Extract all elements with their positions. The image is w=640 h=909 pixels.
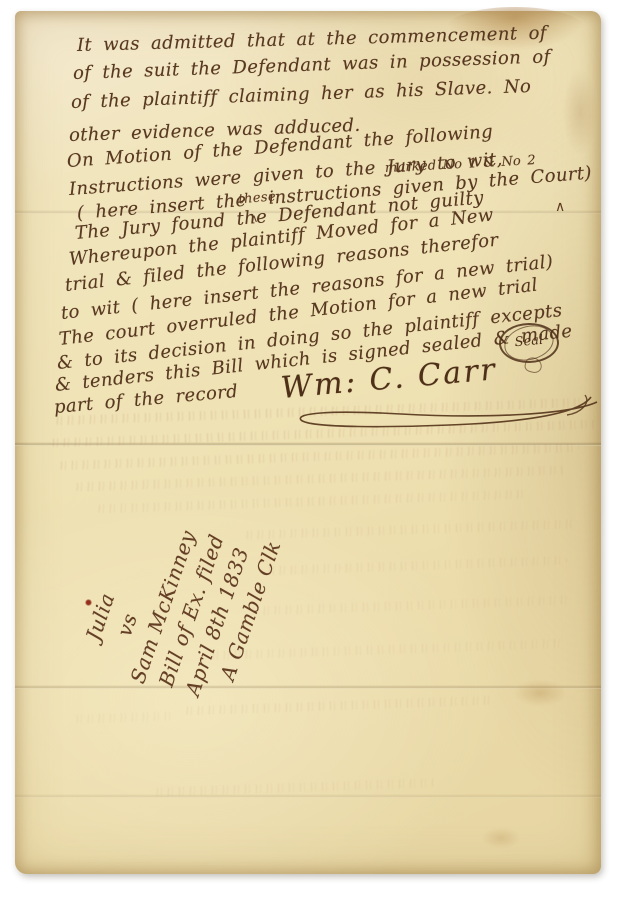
stain xyxy=(563,69,597,155)
seal: Seal xyxy=(497,320,560,365)
stain xyxy=(481,827,521,849)
manuscript-page: It was admitted that at the commencement… xyxy=(15,11,601,874)
bleed-through-line xyxy=(251,595,571,615)
photo-background: It was admitted that at the commencement… xyxy=(0,0,640,909)
fold-crease xyxy=(15,794,601,798)
endorsement-block: Julia vs Sam McKinney Bill of Ex. filed … xyxy=(68,431,312,723)
interlineation-wrap: ∧these xyxy=(247,204,263,205)
fold-crease xyxy=(15,685,601,689)
bleed-through-line xyxy=(75,711,175,723)
bleed-through-line xyxy=(155,778,435,797)
stain xyxy=(513,679,567,707)
inserted-word: these xyxy=(238,189,277,207)
bleed-through-line xyxy=(51,419,596,447)
caret-icon: ∧ xyxy=(555,199,565,215)
fold-crease xyxy=(15,442,601,446)
bleed-through-line xyxy=(211,639,561,660)
bleed-through-line xyxy=(267,556,567,575)
